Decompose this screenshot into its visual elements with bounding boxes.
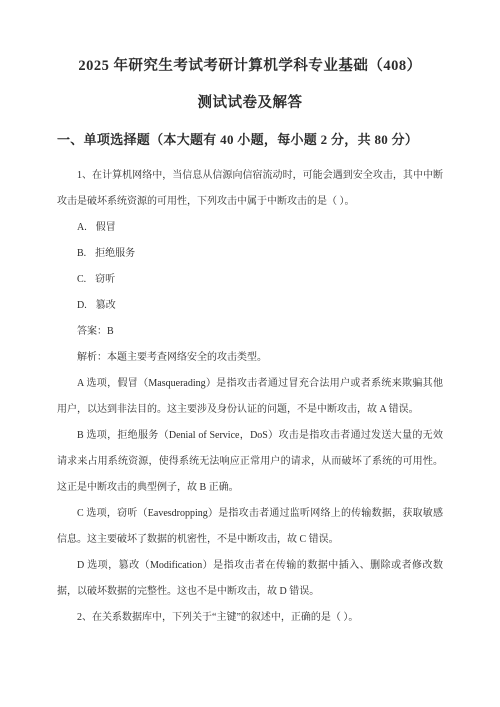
option-a-label: A. [77, 215, 87, 241]
analysis-paragraph-option-a: A 选项，假冒（Masquerading）是指攻击者通过冒充合法用户或者系统来欺… [57, 371, 443, 423]
question-1-answer-line: 答案：B [57, 319, 443, 345]
analysis-paragraph-option-c: C 选项，窃听（Eavesdropping）是指攻击者通过监听网络上的传输数据，… [57, 501, 443, 553]
question-1-stem: 1、在计算机网络中，当信息从信源向信宿流动时，可能会遇到安全攻击，其中中断攻击是… [57, 163, 443, 215]
analysis-summary: 本题主要考查网络安全的攻击类型。 [107, 352, 267, 363]
analysis-paragraph-option-d: D 选项，篡改（Modification）是指攻击者在传输的数据中插入、删除或者… [57, 553, 443, 605]
answer-label: 答案： [77, 326, 107, 337]
question-1-analysis-line: 解析：本题主要考查网络安全的攻击类型。 [57, 345, 443, 371]
option-a-text: 假冒 [96, 222, 116, 233]
option-c-text: 窃听 [95, 274, 115, 285]
question-2-stem: 2、在关系数据库中，下列关于“主键”的叙述中，正确的是（ ）。 [57, 605, 443, 631]
section-heading: 一、单项选择题（本大题有 40 小题，每小题 2 分，共 80 分） [57, 128, 443, 152]
document-page: 2025 年研究生考试考研计算机学科专业基础（408） 测试试卷及解答 一、单项… [0, 0, 500, 707]
question-1-option-a: A.假冒 [57, 215, 443, 241]
option-d-label: D. [77, 293, 87, 319]
question-1-option-b: B.拒绝服务 [57, 241, 443, 267]
option-b-text: 拒绝服务 [95, 248, 135, 259]
document-title-line-1: 2025 年研究生考试考研计算机学科专业基础（408） [57, 54, 443, 78]
analysis-label: 解析： [77, 352, 107, 363]
option-c-label: C. [77, 267, 86, 293]
document-body: 1、在计算机网络中，当信息从信源向信宿流动时，可能会遇到安全攻击，其中中断攻击是… [57, 163, 443, 631]
question-1-option-d: D.篡改 [57, 293, 443, 319]
analysis-paragraph-option-b: B 选项，拒绝服务（Denial of Service，DoS）攻击是指攻击者通… [57, 423, 443, 501]
document-title-line-2: 测试试卷及解答 [57, 91, 443, 115]
question-1-option-c: C.窃听 [57, 267, 443, 293]
option-b-label: B. [77, 241, 86, 267]
answer-value: B [107, 326, 114, 337]
option-d-text: 篡改 [96, 300, 116, 311]
